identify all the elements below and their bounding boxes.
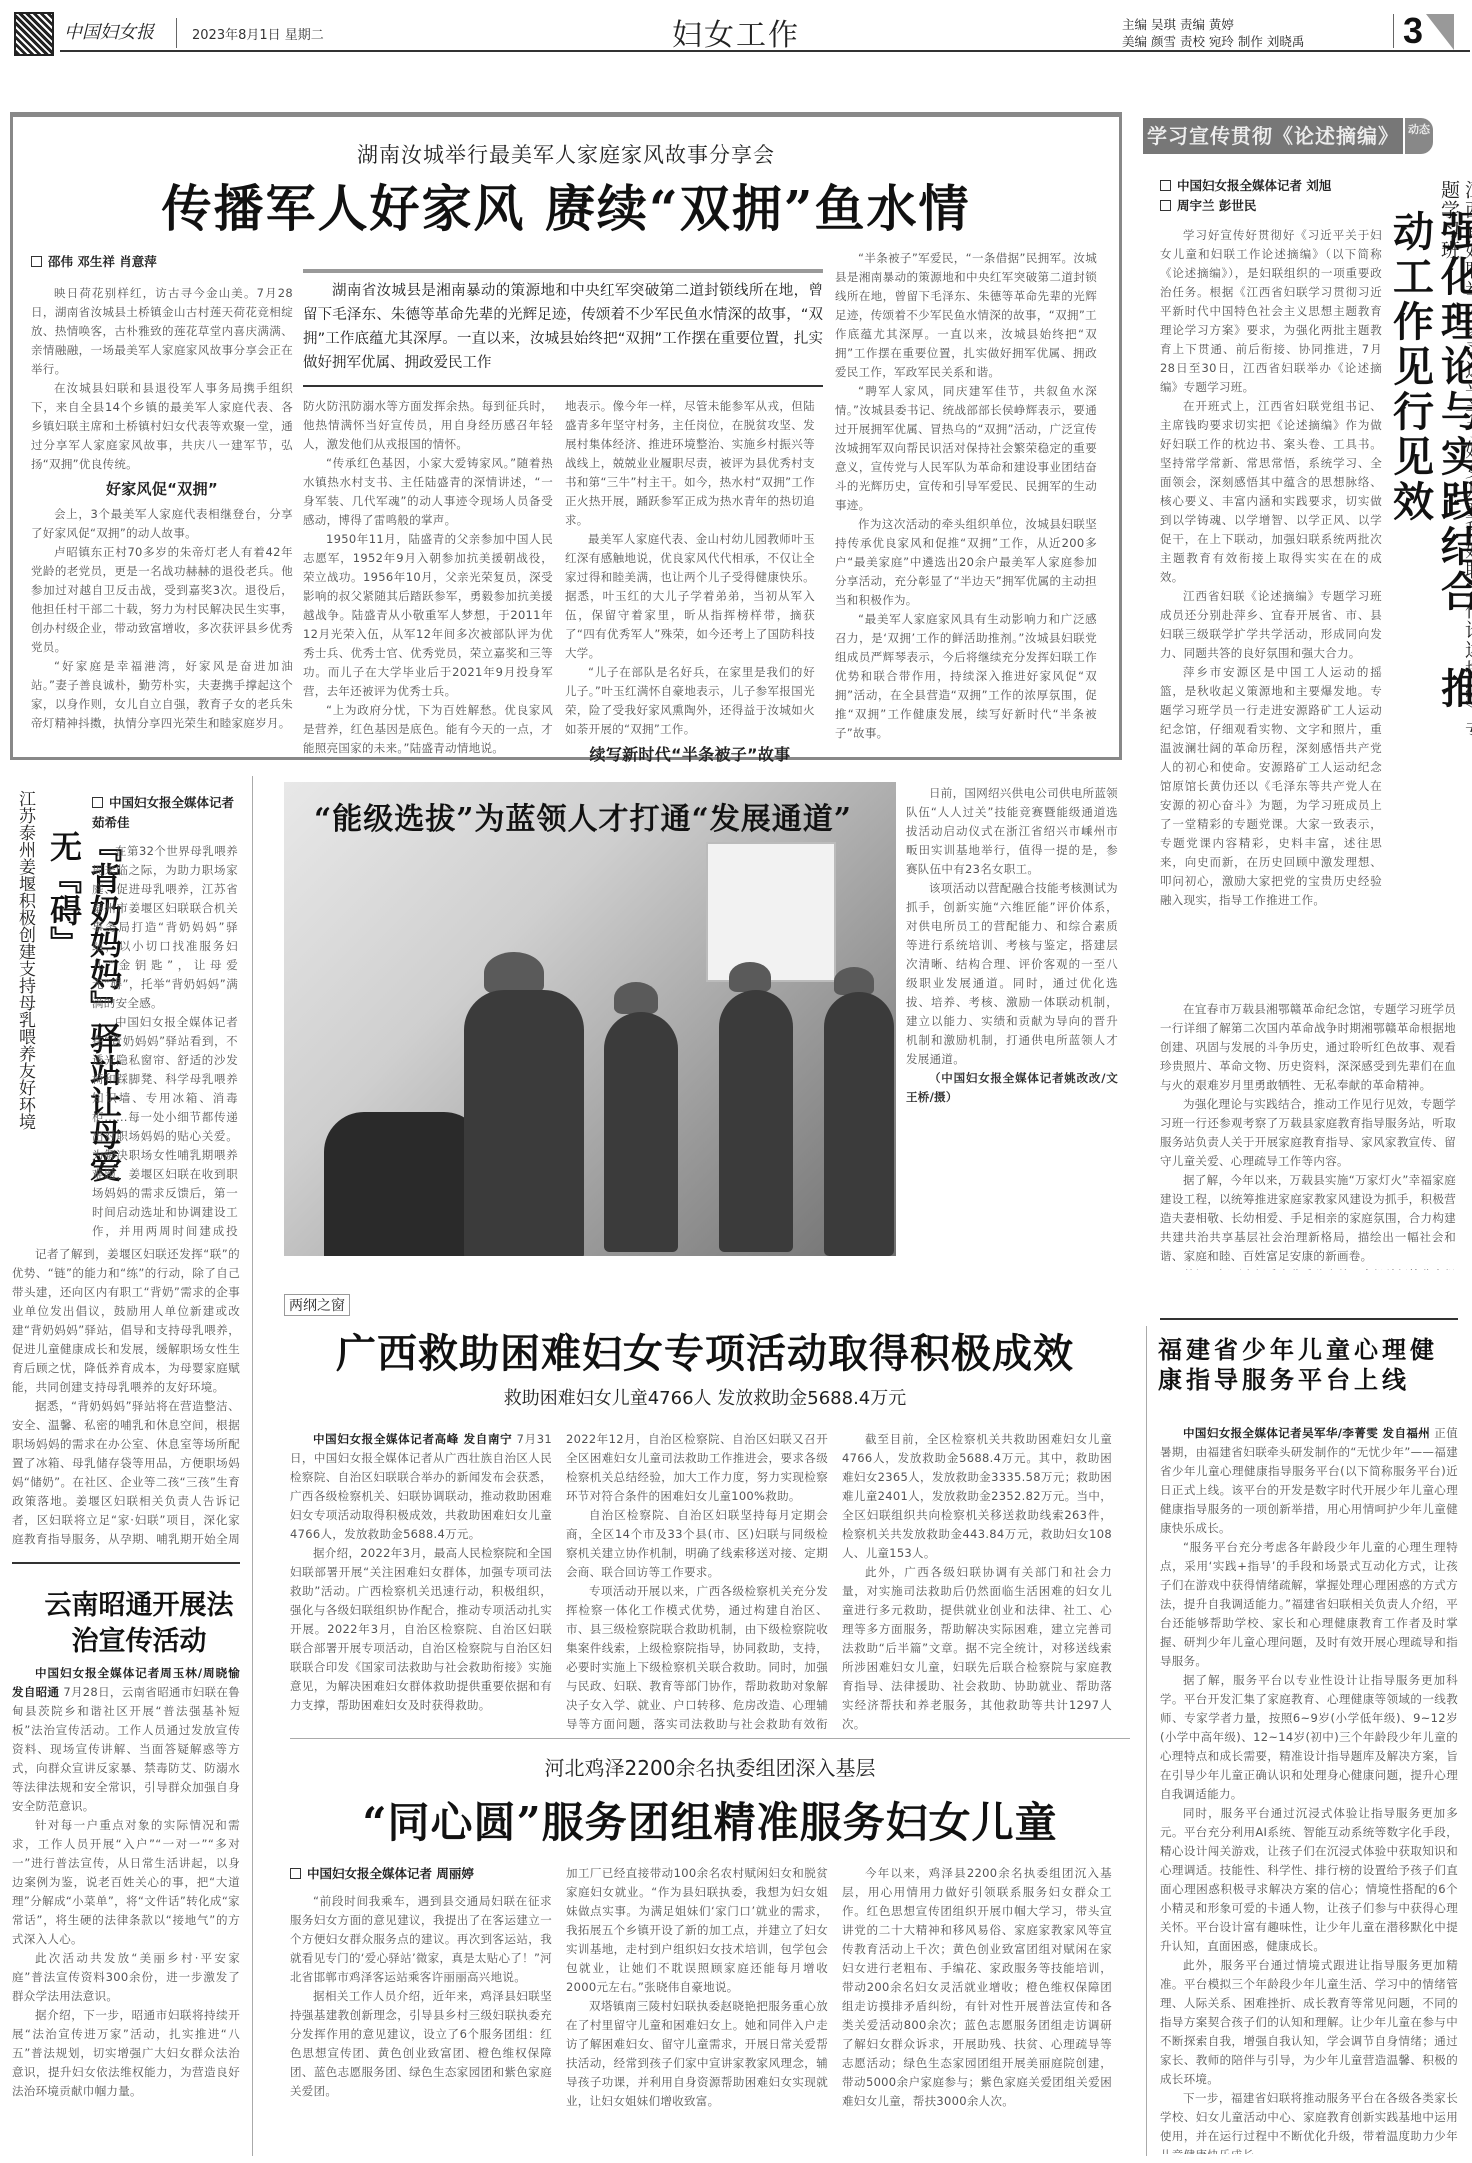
divider xyxy=(176,18,177,48)
editor-credits-line1: 主编 吴琪 责编 黄婷 xyxy=(1122,16,1304,33)
lead-subhead-1: 好家风促“双拥” xyxy=(31,480,293,499)
guangxi-byline: 中国妇女报全媒体记者高峰 发自南宁 xyxy=(313,1432,512,1446)
checkbox-bullet-icon xyxy=(290,1868,301,1879)
paragraph: 据介绍，下一步，昭通市妇联将持续开展“法治宣传进万家”活动，扎实推进“八五”普法… xyxy=(12,2006,240,2101)
page-number: 3 xyxy=(1403,10,1423,52)
guangxi-column-1: 中国妇女报全媒体记者高峰 发自南宁 7月31日，中国妇女报全媒体记者从广西壮族自… xyxy=(290,1430,552,1730)
checkbox-bullet-icon xyxy=(1160,200,1171,211)
paragraph: 会上，3个最美军人家庭代表相继登台，分享了好家风促“双拥”的动人故事。 xyxy=(31,505,293,543)
fujian-byline: 中国妇女报全媒体记者吴军华/李菁雯 发自福州 xyxy=(1183,1426,1430,1440)
photo-headline[interactable]: “能级选拔”为蓝领人才打通“发展通道” xyxy=(314,794,852,838)
paragraph: “儿子在部队是名好兵，在家里是我们的好儿子。”叶玉红满怀自豪地表示，儿子参军报国… xyxy=(565,663,815,739)
column-rule xyxy=(252,776,253,2156)
worker-figure xyxy=(464,990,584,1256)
paragraph: 记者了解到，姜堰区妇联还发挥“联”的优势、“链”的能力和“练”的行动，除了自己带… xyxy=(12,1245,240,1397)
guangxi-subheadline: 救助困难妇女儿童4766人 发放救助金5688.4万元 xyxy=(290,1384,1120,1410)
paragraph: 最美军人家庭代表、金山村幼儿园教师叶玉红深有感触地说，优良家风代代相承，不仅让全… xyxy=(565,530,815,663)
paragraph: 自治区检察院、自治区妇联坚持每月定期会商，全区14个市及33个县(市、区)妇联与… xyxy=(566,1506,828,1582)
lead-column-1: 邵伟 邓生祥 肖意萍 映日荷花别样红，访古寻今金山美。7月28日，湖南省汝城县土… xyxy=(31,252,293,733)
paragraph: “服务平台充分考虑各年龄段少年儿童的心理生理特点，采用‘实践+指导’的手段和场景… xyxy=(1160,1538,1458,1671)
paragraph: 卢昭镇东正村70多岁的朱帝灯老人有着42年党龄的老党员，更是一名战功赫赫的退役老… xyxy=(31,543,293,657)
guangxi-headline[interactable]: 广西救助困难妇女专项活动取得积极成效 xyxy=(290,1322,1120,1379)
paragraph: 截至目前，全区检察机关共救助困难妇女儿童4766人，发放救助金5688.4万元。… xyxy=(842,1430,1112,1563)
jiangxi-headline[interactable]: 强化理论与实践结合 推动工作见行见效 xyxy=(1386,210,1472,750)
taizhou-body-bottom: 记者了解到，姜堰区妇联还发挥“联”的优势、“链”的能力和“练”的行动，除了自己带… xyxy=(12,1245,240,1545)
hebei-column-3: 今年以来，鸡泽县2200余名执委组团沉入基层，用心用情用力做好引领联系服务妇女群… xyxy=(842,1864,1112,2154)
lead-headline[interactable]: 传播军人好家风 赓续“双拥”鱼水情 xyxy=(13,169,1119,241)
paragraph: 学习好宣传好贯彻好《习近平关于妇女儿童和妇联工作论述摘编》（以下简称《论述摘编》… xyxy=(1160,226,1382,397)
paragraph: 萍乡市安源区是中国工人运动的摇篮，是秋收起义策源地和主要爆发地。专题学习班学员一… xyxy=(1160,663,1382,910)
masthead-rule xyxy=(60,50,1470,52)
paragraph: 日前，国网绍兴供电公司供电所蓝领队伍“人人过关”技能竞赛暨能级通道选拔活动启动仪… xyxy=(906,784,1118,879)
paragraph: 同时，服务平台通过沉浸式体验让指导服务更加多元。平台充分利用AI系统、智能互动系… xyxy=(1160,1804,1458,1956)
paragraph: 今年以来，鸡泽县2200余名执委组团沉入基层，用心用情用力做好引领联系服务妇女群… xyxy=(842,1864,1112,2111)
column-banner[interactable]: 学习宣传贯彻《论述摘编》 xyxy=(1143,118,1403,154)
paragraph: 映日荷花别样红，访古寻今金山美。7月28日，湖南省汝城县土桥镇金山古村莲天荷花竞… xyxy=(31,284,293,379)
photo-credit: （中国妇女报全媒体记者姚改改/文 王桥/摄） xyxy=(906,1069,1118,1107)
paragraph: 据了解，服务平台以专业性设计让指导服务更加科学。平台开发汇集了家庭教育、心理健康… xyxy=(1160,1671,1458,1804)
paragraph: 在开班式上，江西省妇联党组书记、主席钱昀要求切实把《论述摘编》作为做好妇联工作的… xyxy=(1160,397,1382,587)
column-rule xyxy=(1146,1326,1147,2156)
paragraph: 1950年11月，陆盛青的父亲参加中国人民志愿军，1952年9月入朝参加抗美援朝… xyxy=(303,530,553,701)
lead-subhead-2: 续写新时代“半条被子”故事 xyxy=(565,745,815,764)
section-divider xyxy=(290,1738,1130,1739)
paragraph: 此外，广西各级妇联协调有关部门和社会力量，对实施司法救助后仍然面临生活困难的妇女… xyxy=(842,1563,1112,1730)
news-photo[interactable]: “能级选拔”为蓝领人才打通“发展通道” xyxy=(284,782,896,1256)
paragraph: 此次活动共发放“美丽乡村·平安家庭”普法宣传资料300余份，进一步激发了群众学法… xyxy=(12,1949,240,2006)
fujian-body: 中国妇女报全媒体记者吴军华/李菁雯 发自福州 正值暑期，由福建省妇联牵头研发制作… xyxy=(1160,1424,1458,2154)
paragraph: 据了解，今年以来，万载县实施“万家灯火”幸福家庭建设工程，以统筹推进家庭家教家风… xyxy=(1160,1171,1456,1266)
lead-column-2: 防火防汛防溺水等方面发挥余热。每到征兵时，他热情满怀当好宣传员，用自身经历感召年… xyxy=(303,397,553,758)
fujian-headline[interactable]: 福建省少年儿童心理健康指导服务平台上线 xyxy=(1158,1335,1458,1395)
checkbox-bullet-icon xyxy=(1160,180,1171,191)
paragraph: “半条被子”军爱民，“一条借据”民拥军。汝城县是湘南暴动的策源地和中央红军突破第… xyxy=(835,249,1097,382)
page-corner-decoration xyxy=(1426,14,1454,50)
paragraph: 双塔镇南三陵村妇联执委赵晓艳把服务重心放在了村里留守儿童和困难妇女上。她和同伴入… xyxy=(566,1997,828,2111)
lead-body: 映日荷花别样红，访古寻今金山美。7月28日，湖南省汝城县土桥镇金山古村莲天荷花竞… xyxy=(31,284,293,733)
paragraph: 地表示。像今年一样，尽管未能参军从戎，但陆盛青多年坚守村务，主任岗位，在脱贫攻坚… xyxy=(565,397,815,530)
paragraph: “传承红色基因，小家大爱铸家风。”随着热水镇热水村支书、主任陆盛青的深情讲述，“… xyxy=(303,454,553,530)
paragraph: 此外，服务平台通过情境式跟进让指导服务更加精准。平台模拟三个年龄段少年儿童生活、… xyxy=(1160,1956,1458,2089)
issue-date: 2023年8月1日 星期二 xyxy=(192,24,324,43)
lead-column-4: “半条被子”军爱民，“一条借据”民拥军。汝城县是湘南暴动的策源地和中央红军突破第… xyxy=(835,249,1097,743)
paragraph: 作为这次活动的牵头组织单位，汝城县妇联坚持传承优良家风和促推“双拥”工作，从近2… xyxy=(835,515,1097,610)
paragraph: 为强化理论与实践结合，推动工作见行见效，专题学习班一行还参观考察了万载县家庭教育… xyxy=(1160,1095,1456,1171)
paragraph: “最美军人家庭家风具有生动影响力和广泛感召力，是‘双拥’工作的鲜活助推剂。”汝城… xyxy=(835,610,1097,743)
paragraph: “好家庭是幸福港湾，好家风是奋进加油站。”妻子善良诚朴，勤劳朴实，夫妻携手撑起这… xyxy=(31,657,293,733)
paragraph: 在宜春市万载县湘鄂赣革命纪念馆，专题学习班学员一行详细了解第二次国内革命战争时期… xyxy=(1160,1000,1456,1095)
section-title: 妇女工作 xyxy=(600,10,872,54)
guangxi-column-2: 2022年12月，自治区检察院、自治区妇联又召开全区困难妇女儿童司法救助工作推进… xyxy=(566,1430,828,1730)
taizhou-kicker: 江苏泰州姜堰积极创建支持母乳喂养友好环境 xyxy=(14,790,36,1190)
summary-rule-bottom xyxy=(303,385,823,387)
worker-figure xyxy=(824,992,894,1256)
paragraph: 据悉，“背奶妈妈”驿站将在营造整洁、安全、温馨、私密的哺乳和休息空间，根据职场妈… xyxy=(12,1397,240,1545)
lead-kicker: 湖南汝城举行最美军人家庭家风故事分享会 xyxy=(13,139,1119,169)
column-tag: 动态 xyxy=(1405,118,1433,154)
paragraph: 防火防汛防溺水等方面发挥余热。每到征兵时，他热情满怀当好宣传员，用自身经历感召年… xyxy=(303,397,553,454)
helmet-shape xyxy=(484,952,544,994)
lead-summary: 湖南省汝城县是湘南暴动的策源地和中央红军突破第二道封锁线所在地，曾留下毛泽东、朱… xyxy=(303,279,823,375)
paragraph: 该项活动以营配融合技能考核测试为抓手，创新实施“六维匠能”评价体系，对供电所员工… xyxy=(906,879,1118,1069)
paragraph: 据相关工作人员介绍，近年来，鸡泽县妇联坚持强基建教创新理念，引导县乡村三级妇联执… xyxy=(290,1987,552,2101)
taizhou-byline: 中国妇女报全媒体记者 茹希佳 xyxy=(92,793,242,833)
summary-rule-top xyxy=(303,269,823,273)
paragraph: “前段时间我乘车，遇到县交通局妇联在征求服务妇女方面的意见建议，我提出了在客运建… xyxy=(290,1892,552,1987)
qr-code-icon[interactable] xyxy=(14,12,54,56)
yunnan-body: 中国妇女报全媒体记者周玉林/周晓愉 发自昭通 7月28日，云南省昭通市妇联在鲁甸… xyxy=(12,1664,240,2154)
lead-story: 湖南汝城举行最美军人家庭家风故事分享会 传播军人好家风 赓续“双拥”鱼水情 邵伟… xyxy=(10,112,1122,760)
paragraph: 江西省妇联《论述摘编》专题学习班成员还分别赴萍乡、宜春开展省、市、县妇联三级联学… xyxy=(1160,587,1382,663)
helmet-shape xyxy=(729,962,771,992)
photo-caption: 日前，国网绍兴供电公司供电所蓝领队伍“人人过关”技能竞赛暨能级通道选拔活动启动仪… xyxy=(906,784,1118,1107)
paragraph: 2022年12月，自治区检察院、自治区妇联又召开全区困难妇女儿童司法救助工作推进… xyxy=(566,1430,828,1506)
section-divider xyxy=(12,1562,240,1564)
paragraph: 其间，江西省纪委省监委驻省总工会机关纪检监察组组长卢忠以《权力就是责任、自律就是… xyxy=(1160,1266,1456,1270)
newspaper-logo: 中国妇女报 xyxy=(64,18,154,44)
worker-figure xyxy=(604,1012,678,1252)
taizhou-body-top: 在第32个世界母乳喂养周来临之际，为助力职场家庭、促进母乳喂养，江苏省泰州市姜堰… xyxy=(92,842,238,1242)
helmet-shape xyxy=(614,982,658,1014)
checkbox-bullet-icon xyxy=(92,797,103,808)
hebei-headline[interactable]: “同心圆”服务团组精准服务妇女儿童 xyxy=(290,1790,1130,1850)
editor-credits-line2: 美编 颜雪 责校 宛玲 制作 刘晓禹 xyxy=(1122,33,1304,50)
paragraph: 加工厂已经直接带动100余名农村赋闲妇女和脱贫家庭妇女就业。“作为县妇联执委，我… xyxy=(566,1864,828,1997)
paragraph: 下一步，福建省妇联将推动服务平台在各级各类家长学校、妇女儿童活动中心、家庭教育创… xyxy=(1160,2089,1458,2154)
checkbox-bullet-icon xyxy=(31,256,42,267)
worker-figure xyxy=(719,990,793,1252)
paragraph: 专项活动开展以来，广西各级检察机关充分发挥检察一体化工作模式优势，通过构建自治区… xyxy=(566,1582,828,1730)
paragraph: 针对每一户重点对象的实际情况和需求，工作人员开展“入户”“一对一”“多对一”进行… xyxy=(12,1816,240,1949)
divider xyxy=(1393,14,1394,48)
lead-byline: 邵伟 邓生祥 肖意萍 xyxy=(31,252,293,272)
guangxi-column-3: 截至目前，全区检察机关共救助困难妇女儿童4766人，发放救助金5688.4万元。… xyxy=(842,1430,1112,1730)
hebei-column-2: 加工厂已经直接带动100余名农村赋闲妇女和脱贫家庭妇女就业。“作为县妇联执委，我… xyxy=(566,1864,828,2154)
paragraph: 中国妇女报全媒体记者在“背奶妈妈”驿站看到，不透光隐私窗帘、舒适的沙发椅和踩脚凳… xyxy=(92,1013,238,1242)
helmet-shape xyxy=(834,967,874,995)
paragraph: 在第32个世界母乳喂养周来临之际，为助力职场家庭、促进母乳喂养，江苏省泰州市姜堰… xyxy=(92,842,238,1013)
paragraph: “上为政府分忧，下为百姓解愁。优良家风是营养，红色基因是底色。能有今天的一点，才… xyxy=(303,701,553,758)
paragraph: “聘军人家风，同庆建军佳节，共叙鱼水深情。”汝城县委书记、统战部部长侯峥辉表示，… xyxy=(835,382,1097,515)
section-divider xyxy=(1160,1318,1458,1320)
editor-credits: 主编 吴琪 责编 黄婷 美编 颜雪 责校 宛玲 制作 刘晓禹 xyxy=(1122,16,1304,50)
worker-figure xyxy=(324,1112,484,1256)
hebei-kicker: 河北鸡泽2200余名执委组团深入基层 xyxy=(290,1752,1130,1781)
jiangxi-body-top: 学习好宣传好贯彻好《习近平关于妇女儿童和妇联工作论述摘编》（以下简称《论述摘编》… xyxy=(1160,226,1382,910)
jiangxi-body-bottom: 在宜春市万载县湘鄂赣革命纪念馆，专题学习班学员一行详细了解第二次国内革命战争时期… xyxy=(1160,1000,1456,1270)
jiangxi-byline: 中国妇女报全媒体记者 刘旭 周宇兰 彭世民 xyxy=(1160,176,1360,216)
paragraph: 在汝城县妇联和县退役军人事务局携手组织下，来自全县14个乡镇的最美军人家庭代表、… xyxy=(31,379,293,474)
hebei-column-1: 中国妇女报全媒体记者 周丽婷 “前段时间我乘车，遇到县交通局妇联在征求服务妇女方… xyxy=(290,1864,552,2162)
lead-column-3: 地表示。像今年一样，尽管未能参军从戎，但陆盛青多年坚守村务，主任岗位，在脱贫攻坚… xyxy=(565,397,815,770)
paragraph: 据介绍，2022年3月，最高人民检察院和全国妇联部署开展“关注困难妇女群体，加强… xyxy=(290,1544,552,1715)
yunnan-headline[interactable]: 云南昭通开展法治宣传活动 xyxy=(44,1588,234,1660)
column-tag-liangang: 两纲之窗 xyxy=(284,1294,350,1316)
